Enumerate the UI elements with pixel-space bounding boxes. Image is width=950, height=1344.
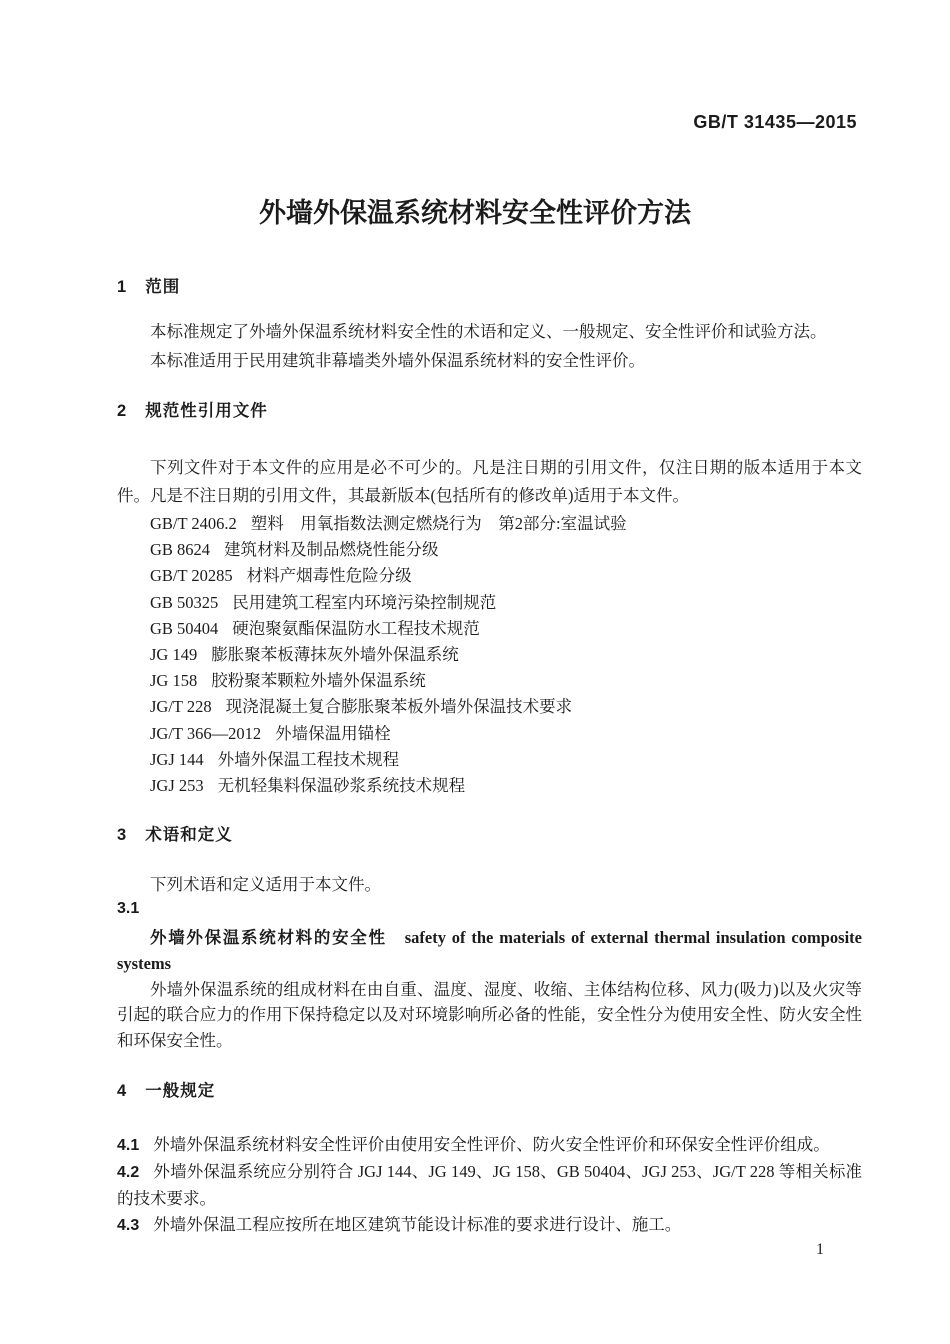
term-definition: 外墙外保温系统的组成材料在由自重、温度、湿度、收缩、主体结构位移、风力(吸力)以… — [117, 977, 862, 1053]
reference-title: 硬泡聚氨酯保温防水工程技术规范 — [232, 619, 480, 638]
section-1-label: 范围 — [145, 278, 180, 296]
section-3-heading: 3术语和定义 — [117, 826, 233, 844]
standard-number: GB/T 31435—2015 — [693, 112, 857, 133]
clause-4-2: 4.2外墙外保温系统应分别符合 JGJ 144、JG 149、JG 158、GB… — [117, 1159, 862, 1212]
reference-item: JGJ 144外墙外保温工程技术规程 — [117, 747, 862, 773]
section-3-label: 术语和定义 — [145, 826, 233, 844]
normative-references-intro: 下列文件对于本文件的应用是必不可少的。凡是注日期的引用文件，仅注日期的版本适用于… — [117, 454, 862, 510]
clause-4-1-number: 4.1 — [117, 1137, 139, 1154]
standard-document-page: GB/T 31435—2015 外墙外保温系统材料安全性评价方法 1范围 本标准… — [0, 0, 950, 1344]
reference-item: GB/T 20285材料产烟毒性危险分级 — [117, 563, 862, 589]
document-title: 外墙外保温系统材料安全性评价方法 — [0, 191, 950, 230]
reference-title: 现浇混凝土复合膨胀聚苯板外墙外保温技术要求 — [226, 697, 573, 716]
clause-number-3-1: 3.1 — [117, 900, 139, 918]
scope-paragraph-1: 本标准规定了外墙外保温系统材料安全性的术语和定义、一般规定、安全性评价和试验方法… — [117, 318, 862, 347]
section-3-intro: 下列术语和定义适用于本文件。 — [117, 871, 862, 899]
page-number: 1 — [816, 1241, 824, 1259]
normative-references-list: GB/T 2406.2塑料 用氧指数法测定燃烧行为 第2部分:室温试验 GB 8… — [117, 511, 862, 799]
reference-item: GB 8624建筑材料及制品燃烧性能分级 — [117, 537, 862, 563]
reference-item: JG 158胶粉聚苯颗粒外墙外保温系统 — [117, 668, 862, 694]
terms-intro: 下列术语和定义适用于本文件。 — [117, 871, 862, 899]
reference-code: GB 50404 — [150, 619, 218, 638]
reference-code: JGJ 144 — [150, 750, 204, 769]
reference-code: JG 149 — [150, 645, 197, 664]
scope-paragraph-2: 本标准适用于民用建筑非幕墙类外墙外保温系统材料的安全性评价。 — [117, 347, 862, 376]
term-definition-block: 外墙外保温系统的组成材料在由自重、温度、湿度、收缩、主体结构位移、风力(吸力)以… — [117, 977, 862, 1053]
reference-title: 膨胀聚苯板薄抹灰外墙外保温系统 — [211, 645, 459, 664]
reference-title: 无机轻集料保温砂浆系统技术规程 — [218, 776, 466, 795]
reference-code: GB 8624 — [150, 540, 210, 559]
section-2-heading: 2规范性引用文件 — [117, 402, 268, 420]
reference-item: JG 149膨胀聚苯板薄抹灰外墙外保温系统 — [117, 642, 862, 668]
reference-title: 材料产烟毒性危险分级 — [247, 566, 412, 585]
reference-item: JG/T 228现浇混凝土复合膨胀聚苯板外墙外保温技术要求 — [117, 694, 862, 720]
reference-title: 塑料 用氧指数法测定燃烧行为 第2部分:室温试验 — [251, 514, 627, 533]
clause-4-3-text: 外墙外保温工程应按所在地区建筑节能设计标准的要求进行设计、施工。 — [153, 1215, 681, 1234]
reference-code: JG/T 366—2012 — [150, 724, 261, 743]
reference-code: JGJ 253 — [150, 776, 204, 795]
reference-item: GB/T 2406.2塑料 用氧指数法测定燃烧行为 第2部分:室温试验 — [117, 511, 862, 537]
term-entry: 外墙外保温系统材料的安全性safety of the materials of … — [117, 925, 862, 977]
reference-code: GB/T 2406.2 — [150, 514, 237, 533]
section-1-number: 1 — [117, 278, 126, 296]
section-2-intro: 下列文件对于本文件的应用是必不可少的。凡是注日期的引用文件，仅注日期的版本适用于… — [117, 454, 862, 510]
section-2-number: 2 — [117, 402, 126, 420]
reference-item: JGJ 253无机轻集料保温砂浆系统技术规程 — [117, 773, 862, 799]
clause-4-2-number: 4.2 — [117, 1164, 139, 1181]
reference-title: 外墙外保温工程技术规程 — [218, 750, 400, 769]
section-2-label: 规范性引用文件 — [145, 402, 268, 420]
reference-title: 胶粉聚苯颗粒外墙外保温系统 — [211, 671, 426, 690]
reference-code: JG 158 — [150, 671, 197, 690]
clause-4-1-text: 外墙外保温系统材料安全性评价由使用安全性评价、防火安全性评价和环保安全性评价组成… — [153, 1135, 830, 1154]
section-3-number: 3 — [117, 826, 126, 844]
reference-title: 民用建筑工程室内环境污染控制规范 — [232, 593, 496, 612]
clause-4-2-text: 外墙外保温系统应分别符合 JGJ 144、JG 149、JG 158、GB 50… — [117, 1162, 862, 1208]
term-chinese: 外墙外保温系统材料的安全性 — [150, 929, 387, 947]
section-4-clauses: 4.1外墙外保温系统材料安全性评价由使用安全性评价、防火安全性评价和环保安全性评… — [117, 1132, 862, 1239]
clause-4-3: 4.3外墙外保温工程应按所在地区建筑节能设计标准的要求进行设计、施工。 — [117, 1212, 862, 1239]
reference-code: GB 50325 — [150, 593, 218, 612]
clause-4-3-number: 4.3 — [117, 1217, 139, 1234]
reference-item: JG/T 366—2012外墙保温用锚栓 — [117, 721, 862, 747]
section-4-heading: 4一般规定 — [117, 1082, 215, 1100]
section-1-body: 本标准规定了外墙外保温系统材料安全性的术语和定义、一般规定、安全性评价和试验方法… — [117, 318, 862, 375]
reference-item: GB 50404硬泡聚氨酯保温防水工程技术规范 — [117, 616, 862, 642]
term-block: 外墙外保温系统材料的安全性safety of the materials of … — [117, 925, 862, 977]
reference-code: GB/T 20285 — [150, 566, 233, 585]
reference-item: GB 50325民用建筑工程室内环境污染控制规范 — [117, 590, 862, 616]
section-1-heading: 1范围 — [117, 278, 180, 296]
reference-code: JG/T 228 — [150, 697, 212, 716]
reference-title: 建筑材料及制品燃烧性能分级 — [224, 540, 439, 559]
reference-title: 外墙保温用锚栓 — [275, 724, 391, 743]
section-4-number: 4 — [117, 1082, 126, 1100]
clause-4-1: 4.1外墙外保温系统材料安全性评价由使用安全性评价、防火安全性评价和环保安全性评… — [117, 1132, 862, 1159]
section-4-label: 一般规定 — [145, 1082, 215, 1100]
